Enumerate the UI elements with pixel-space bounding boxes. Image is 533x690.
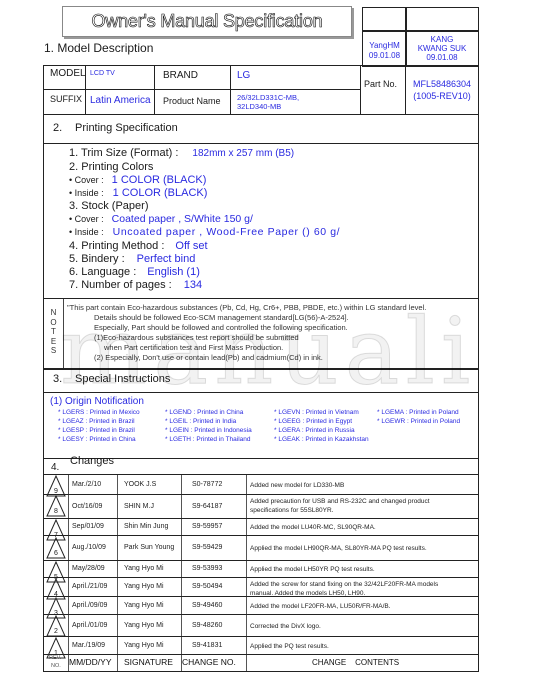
bindery-row: 5. Bindery :Perfect bind	[69, 253, 195, 265]
column-divider	[181, 637, 182, 654]
change-contents: Added the model LU40R-MC, SL90QR-MA.	[250, 523, 450, 532]
change-signature: YOOK J.S	[124, 481, 156, 488]
change-row: 1Mar./19/09Yang Hyo MiS9-41831Applied th…	[44, 637, 478, 655]
origin-item: * LGERA : Printed in Russia	[274, 427, 355, 434]
change-signature: Yang Hyo Mi	[124, 602, 164, 609]
column-divider	[246, 637, 247, 654]
section-heading: Special Instructions	[75, 373, 170, 385]
note-line: Especially, Part should be followed and …	[94, 323, 348, 332]
color-cover-row: • Cover :1 COLOR (BLACK)	[69, 174, 206, 186]
change-row: 9Mar./2/10YOOK J.SS0-78772Added new mode…	[44, 475, 478, 495]
origin-item: * LGEND : Printed in China	[165, 409, 243, 416]
model-label: MODEL	[44, 66, 86, 90]
column-divider	[246, 597, 247, 614]
column-divider	[117, 536, 118, 560]
pages-label: 7. Number of pages :	[69, 279, 172, 291]
color-inside-row: • Inside :1 COLOR (BLACK)	[69, 187, 207, 199]
change-date: May/28/09	[72, 565, 105, 572]
footer-change-no: CHANGE NO.	[182, 657, 236, 667]
revision-triangle-icon: 2	[46, 615, 66, 637]
bindery-value: Perfect bind	[137, 253, 196, 265]
trim-size-label: 1. Trim Size (Format) :	[69, 147, 178, 159]
column-divider	[117, 615, 118, 636]
language-label: 6. Language :	[69, 266, 136, 278]
origin-item: * LGEVN : Printed in Vietnam	[274, 409, 359, 416]
section-number: 3.	[53, 373, 62, 385]
stock-inside-label: • Inside :	[69, 227, 104, 237]
change-number: S9-53993	[192, 565, 222, 572]
column-divider	[246, 536, 247, 560]
change-number: S9-50494	[192, 583, 222, 590]
column-divider	[181, 578, 182, 596]
change-date: April./01/09	[72, 622, 107, 629]
stock-cover-value: Coated paper , S/White 150 g/	[112, 213, 253, 225]
origin-item: * LGEEG : Printed in Egypt	[274, 418, 352, 425]
origin-item: * LGEMA : Printed in Poland	[377, 409, 459, 416]
product-name-value: 26/32LD331C-MB, 32LD340-MB	[231, 90, 361, 114]
note-line: when Part certification test and First M…	[104, 343, 283, 352]
trim-size-value: 182mm x 257 mm (B5)	[192, 148, 294, 159]
origin-notification-title: (1) Origin Notification	[50, 396, 144, 407]
column-divider	[68, 536, 69, 560]
change-number: S9-48260	[192, 622, 222, 629]
column-divider	[181, 561, 182, 577]
origin-item: * LGETH : Printed in Thailand	[165, 436, 251, 443]
part-no-line-1: MFL58486304	[406, 78, 478, 90]
color-cover-label: • Cover :	[69, 175, 104, 185]
change-signature: Yang Hyo Mi	[124, 642, 164, 649]
pages-row: 7. Number of pages :134	[69, 279, 202, 291]
origin-item: * LGESY : Printed in China	[58, 436, 136, 443]
notes-vertical-label: N O T E S	[44, 299, 64, 369]
signature-designer-name: YangHM	[363, 41, 406, 51]
change-contents: Corrected the DivX logo.	[250, 622, 450, 631]
column-divider	[117, 655, 118, 671]
stock-inside-value: Uncoated paper , Wood-Free Paper () 60 g…	[113, 226, 341, 238]
section-model-description-heading: 1. Model Description	[44, 41, 153, 55]
product-name-line-2: 32LD340-MB	[237, 102, 360, 111]
color-inside-value: 1 COLOR (BLACK)	[113, 187, 208, 199]
origin-item: * LGEAK : Printed in Kazakhstan	[274, 436, 369, 443]
column-divider	[246, 475, 247, 494]
footer-signature: SIGNATURE	[124, 657, 173, 667]
model-table: MODEL LCD TV BRAND LG SUFFIX Latin Ameri…	[43, 65, 479, 115]
color-cover-value: 1 COLOR (BLACK)	[112, 174, 207, 186]
printing-method-label: 4. Printing Method :	[69, 240, 164, 252]
special-instructions-body: (1) Origin Notification * LGERS : Printe…	[43, 392, 479, 459]
change-contents: Added precaution for USB and RS-232C and…	[250, 497, 450, 515]
change-row: 6Aug./10/09Park Sun YoungS9-59429Applied…	[44, 536, 478, 561]
column-divider	[117, 578, 118, 596]
change-date: April./21/09	[72, 583, 107, 590]
stock-cover-label: • Cover :	[69, 214, 104, 224]
change-contents: Added the screw for stand fixing on the …	[250, 580, 450, 598]
note-line: (1)Eco-hazardous substances test report …	[94, 333, 299, 342]
column-divider	[181, 615, 182, 636]
column-divider	[68, 495, 69, 518]
product-name-label: Product Name	[155, 90, 231, 114]
change-signature: SHIN M.J	[124, 503, 154, 510]
column-divider	[117, 561, 118, 577]
suffix-label: SUFFIX	[44, 90, 86, 114]
section-heading: Printing Specification	[75, 122, 178, 134]
signature-approver-date: 09.01.08	[406, 53, 478, 62]
signature-blank-cell-1	[362, 7, 407, 32]
suffix-value: Latin America	[86, 90, 155, 114]
part-no-value: MFL58486304 (1005-REV10)	[406, 66, 478, 114]
revision-triangle-icon: 8	[46, 495, 66, 517]
column-divider	[117, 597, 118, 614]
notes-letter: T	[44, 327, 63, 337]
revision-triangle-icon: 6	[46, 537, 66, 559]
notes-letter: O	[44, 318, 63, 328]
change-number: S9-64187	[192, 503, 222, 510]
stock-inside-row: • Inside :Uncoated paper , Wood-Free Pap…	[69, 226, 340, 238]
section-heading: Changes	[70, 455, 114, 467]
bindery-label: 5. Bindery :	[69, 253, 125, 265]
column-divider	[68, 615, 69, 636]
change-date: Mar./19/09	[72, 642, 105, 649]
origin-item: * LGESP : Printed in Brazil	[58, 427, 135, 434]
change-contents: Added new model for LD330-MB	[250, 481, 450, 490]
change-number: S9-59429	[192, 544, 222, 551]
column-divider	[117, 637, 118, 654]
column-divider	[68, 475, 69, 494]
printing-spec-header: 2. Printing Specification	[43, 114, 479, 144]
column-divider	[246, 578, 247, 596]
column-divider	[246, 615, 247, 636]
part-no-label: Part No.	[361, 66, 406, 114]
change-contents: Applied the model LH50YR PQ test results…	[250, 565, 450, 574]
notes-letter: E	[44, 337, 63, 347]
section-number: 2.	[53, 122, 62, 134]
change-signature: Park Sun Young	[124, 544, 174, 551]
changes-table: 9Mar./2/10YOOK J.SS0-78772Added new mode…	[43, 474, 479, 672]
pages-value: 134	[184, 279, 202, 291]
signature-blank-cell-2	[405, 7, 479, 32]
column-divider	[68, 519, 69, 535]
change-contents: Applied the model LH90QR-MA, SL80YR-MA P…	[250, 544, 450, 553]
origin-item: * LGEIL : Printed in India	[165, 418, 236, 425]
change-row: 2April./01/09Yang Hyo MiS9-48260Correcte…	[44, 615, 478, 637]
change-signature: Yang Hyo Mi	[124, 583, 164, 590]
section-number: 4.	[51, 462, 59, 473]
column-divider	[246, 655, 247, 671]
signature-approver: KANG KWANG SUK 09.01.08	[405, 30, 479, 67]
footer-rev-no: REV.	[49, 655, 61, 661]
column-divider	[181, 519, 182, 535]
signature-approver-name-2: KWANG SUK	[406, 44, 478, 53]
signature-approver-name-1: KANG	[406, 35, 478, 44]
revision-number: 8	[46, 508, 66, 515]
notes-letter: N	[44, 308, 63, 318]
change-row: 4April./21/09Yang Hyo MiS9-50494Added th…	[44, 578, 478, 597]
part-no-line-2: (1005-REV10)	[406, 90, 478, 102]
brand-label: BRAND	[155, 66, 231, 90]
revision-number: 6	[46, 550, 66, 557]
origin-item: * LGEAZ : Printed in Brazil	[58, 418, 135, 425]
origin-item: * LGERS : Printed in Mexico	[58, 409, 140, 416]
printing-method-value: Off set	[175, 240, 207, 252]
signature-designer: YangHM 09.01.08	[362, 30, 407, 67]
changes-footer-row: REV.NO.MM/DD/YYSIGNATURECHANGE NO.CHANGE…	[44, 655, 478, 671]
note-line: "This part contain Eco-hazardous substan…	[67, 303, 426, 312]
revision-triangle-icon: 9	[46, 475, 66, 497]
change-date: Oct/16/09	[72, 503, 102, 510]
column-divider	[181, 495, 182, 518]
column-divider	[117, 519, 118, 535]
change-number: S0-78772	[192, 481, 222, 488]
special-instructions-header: 3. Special Instructions	[43, 368, 479, 393]
column-divider	[117, 475, 118, 494]
column-divider	[181, 536, 182, 560]
signature-designer-date: 09.01.08	[363, 51, 406, 61]
color-inside-label: • Inside :	[69, 188, 104, 198]
model-value: LCD TV	[86, 66, 155, 90]
column-divider	[68, 597, 69, 614]
change-number: S9-41831	[192, 642, 222, 649]
column-divider	[181, 597, 182, 614]
printing-spec-body: 1. Trim Size (Format) :182mm x 257 mm (B…	[43, 142, 479, 299]
revision-number: 9	[46, 488, 66, 495]
column-divider	[246, 495, 247, 518]
language-row: 6. Language :English (1)	[69, 266, 200, 278]
stock-label: 3. Stock (Paper)	[69, 200, 148, 212]
note-line: Details should be followed Eco-SCM manag…	[94, 313, 349, 322]
revision-number: 2	[46, 628, 66, 635]
column-divider	[246, 519, 247, 535]
column-divider	[68, 561, 69, 577]
column-divider	[246, 561, 247, 577]
column-divider	[68, 578, 69, 596]
stock-cover-row: • Cover :Coated paper , S/White 150 g/	[69, 213, 253, 225]
changes-header: 4. Changes	[43, 458, 479, 475]
footer-date: MM/DD/YY	[69, 657, 112, 667]
change-row: 7Sep/01/09Shin Min JungS9-59957Added the…	[44, 519, 478, 536]
change-number: S9-49460	[192, 602, 222, 609]
column-divider	[181, 475, 182, 494]
change-contents: Added the model LF20FR-MA, LU50R/FR-MA/B…	[250, 602, 450, 611]
column-divider	[68, 637, 69, 654]
change-signature: Yang Hyo Mi	[124, 565, 164, 572]
printing-colors-label: 2. Printing Colors	[69, 161, 153, 173]
change-row: 3April./09/09Yang Hyo MiS9-49460Added th…	[44, 597, 478, 615]
note-line: (2) Especially, Don't use or contain lea…	[94, 353, 323, 362]
change-signature: Shin Min Jung	[124, 523, 168, 530]
product-name-line-1: 26/32LD331C-MB,	[237, 93, 360, 102]
change-number: S9-59957	[192, 523, 222, 530]
change-date: April./09/09	[72, 602, 107, 609]
change-signature: Yang Hyo Mi	[124, 622, 164, 629]
change-row: 8Oct/16/09SHIN M.JS9-64187Added precauti…	[44, 495, 478, 519]
change-date: Mar./2/10	[72, 481, 101, 488]
origin-item: * LGEWR : Printed in Poland	[377, 418, 460, 425]
document-title: Owner's Manual Specification	[62, 6, 352, 37]
change-row: 5May/28/09Yang Hyo MiS9-53993Applied the…	[44, 561, 478, 578]
notes-box: N O T E S "This part contain Eco-hazardo…	[43, 298, 479, 370]
trim-size-row: 1. Trim Size (Format) :182mm x 257 mm (B…	[69, 147, 294, 159]
brand-value: LG	[231, 66, 361, 90]
printing-method-row: 4. Printing Method :Off set	[69, 240, 208, 252]
footer-rev-no: NO.	[51, 663, 61, 669]
footer-change-contents: CHANGE CONTENTS	[312, 658, 399, 667]
change-date: Sep/01/09	[72, 523, 104, 530]
column-divider	[117, 495, 118, 518]
origin-item: * LGEIN : Printed in Indonesia	[165, 427, 252, 434]
change-date: Aug./10/09	[72, 544, 106, 551]
change-contents: Applied the PQ test results.	[250, 642, 450, 651]
language-value: English (1)	[147, 266, 200, 278]
notes-letter: S	[44, 346, 63, 356]
